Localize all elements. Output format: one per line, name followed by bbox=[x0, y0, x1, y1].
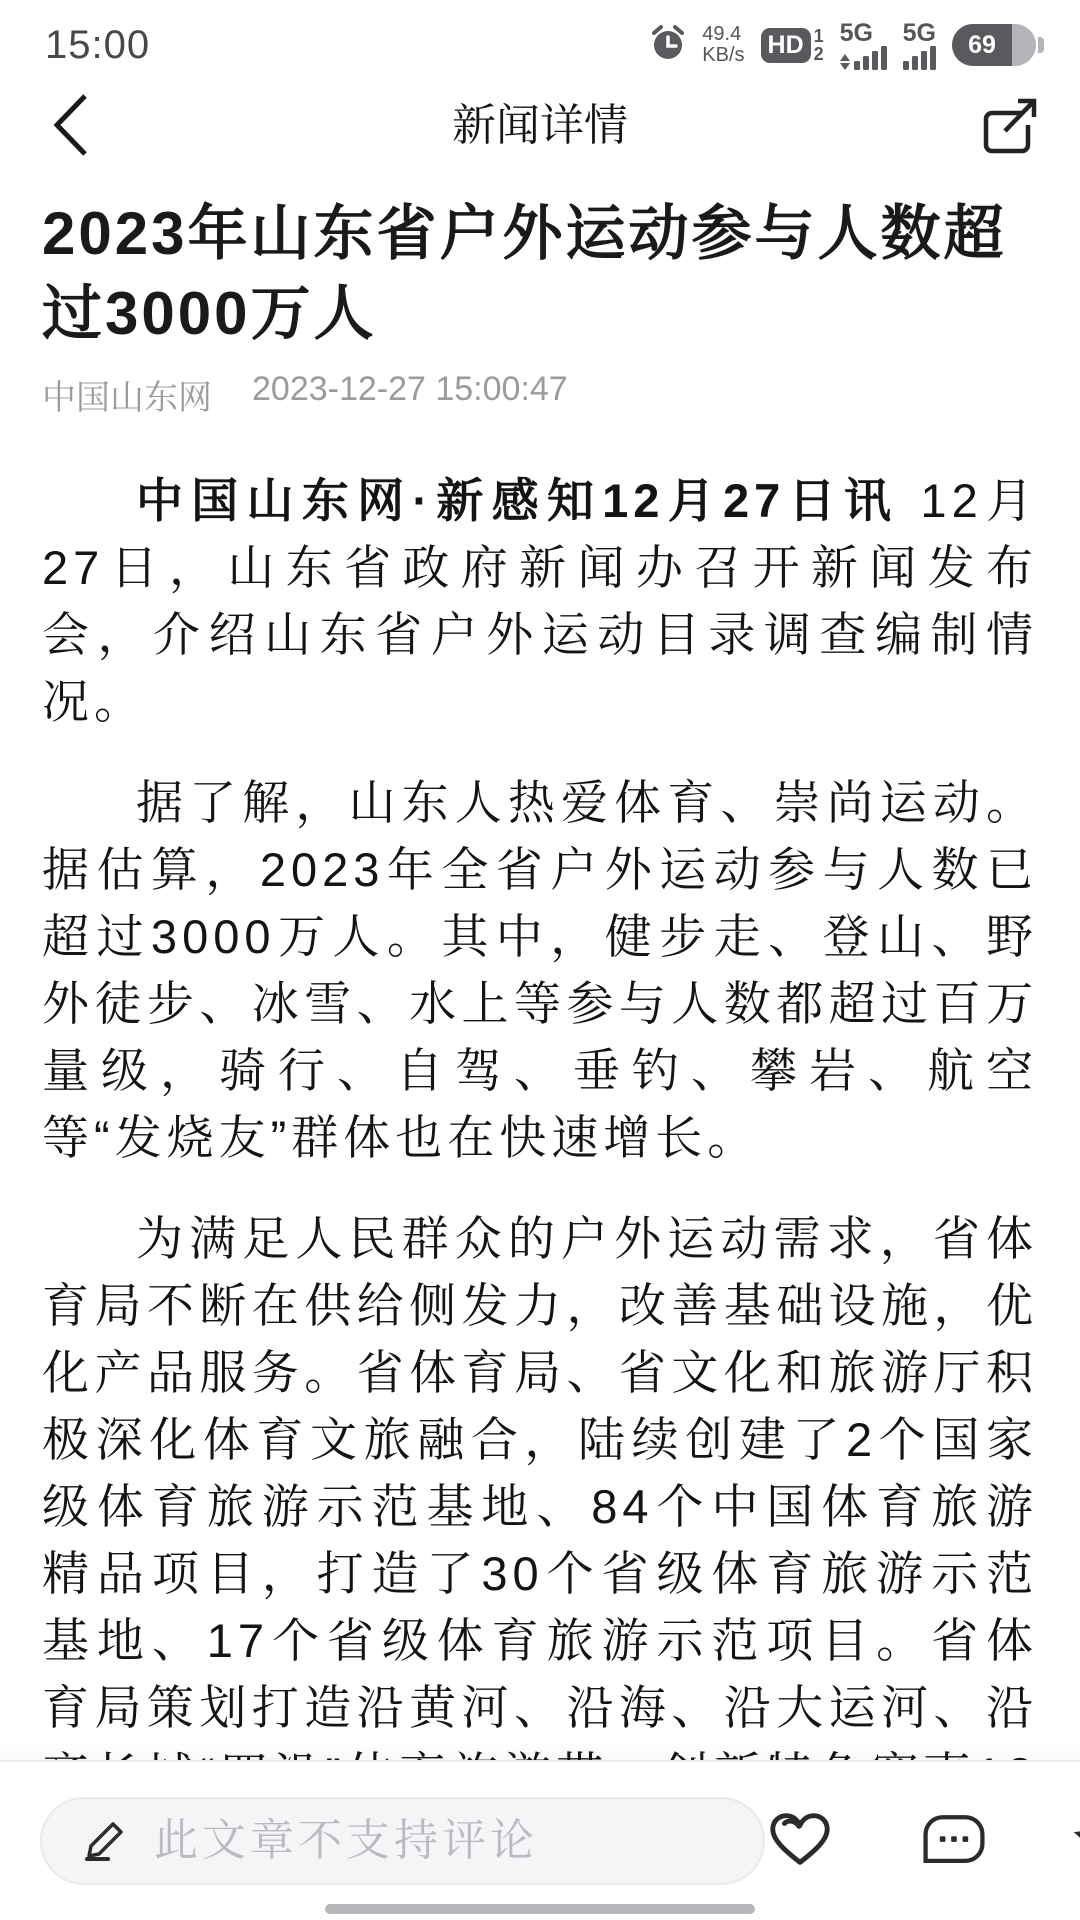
favorite-button[interactable] bbox=[1073, 1809, 1080, 1873]
signal-5g-sim2-icon: 5G bbox=[903, 21, 936, 70]
paragraph: 中国山东网·新感知12月27日讯 12月27日，山东省政府新闻办召开新闻发布会，… bbox=[42, 467, 1038, 735]
network-speed: 49.4 KB/s bbox=[702, 24, 744, 66]
signal-bars-sim1 bbox=[854, 46, 887, 70]
status-time: 15:00 bbox=[45, 23, 150, 68]
hd-badge: HD bbox=[761, 28, 811, 63]
battery-icon: 69 bbox=[952, 24, 1044, 66]
paragraph-text: 据了解，山东人热爱体育、崇尚运动。据估算，2023年全省户外运动参与人数已超过3… bbox=[42, 776, 1038, 1164]
signal-5g-sim1-icon: 5G bbox=[840, 21, 887, 70]
alarm-clock-icon bbox=[650, 23, 686, 68]
share-icon bbox=[975, 149, 1045, 164]
status-icons: 49.4 KB/s HD 1 2 5G 5G bbox=[650, 21, 1044, 70]
pencil-icon bbox=[82, 1815, 130, 1868]
comment-bubble-icon bbox=[918, 1811, 990, 1872]
action-buttons bbox=[765, 1809, 1080, 1873]
heart-icon bbox=[765, 1809, 835, 1874]
paragraph: 据了解，山东人热爱体育、崇尚运动。据估算，2023年全省户外运动参与人数已超过3… bbox=[42, 769, 1038, 1171]
sim-slot-2: 2 bbox=[814, 45, 824, 63]
article-title: 2023年山东省户外运动参与人数超过3000万人 bbox=[42, 194, 1038, 354]
home-indicator[interactable] bbox=[325, 1904, 755, 1914]
data-updown-arrows-icon bbox=[840, 54, 850, 70]
battery-percent: 69 bbox=[952, 24, 1012, 66]
hd-volte-icon: HD 1 2 bbox=[761, 27, 824, 63]
like-button[interactable] bbox=[765, 1809, 835, 1873]
paragraph-lead: 中国山东网·新感知12月27日讯 bbox=[136, 474, 899, 527]
news-detail-screen: 15:00 49.4 KB/s HD 1 2 bbox=[0, 0, 1080, 1920]
bottom-bar bbox=[0, 1760, 1080, 1920]
network-speed-unit: KB/s bbox=[702, 45, 744, 66]
page-title: 新闻详情 bbox=[0, 76, 1080, 176]
hd-sim-slots: 1 2 bbox=[814, 27, 824, 63]
article-body: 中国山东网·新感知12月27日讯 12月27日，山东省政府新闻办召开新闻发布会，… bbox=[42, 467, 1038, 1875]
network-speed-value: 49.4 bbox=[702, 24, 741, 45]
nav-bar: 新闻详情 bbox=[0, 76, 1080, 176]
battery-tip bbox=[1038, 37, 1044, 53]
article-source: 中国山东网 bbox=[42, 370, 212, 419]
comment-pill[interactable] bbox=[40, 1797, 765, 1885]
article-meta: 中国山东网 2023-12-27 15:00:47 bbox=[42, 370, 1038, 419]
signal-bars-sim2 bbox=[903, 46, 936, 70]
share-button[interactable] bbox=[974, 88, 1046, 164]
star-icon bbox=[1074, 1808, 1080, 1875]
status-bar: 15:00 49.4 KB/s HD 1 2 bbox=[0, 0, 1080, 76]
article: 2023年山东省户外运动参与人数超过3000万人 中国山东网 2023-12-2… bbox=[42, 176, 1038, 1909]
article-publish-time: 2023-12-27 15:00:47 bbox=[252, 370, 568, 419]
comment-button[interactable] bbox=[919, 1809, 989, 1873]
sim-slot-1: 1 bbox=[814, 27, 824, 45]
comment-input[interactable] bbox=[152, 1815, 733, 1867]
